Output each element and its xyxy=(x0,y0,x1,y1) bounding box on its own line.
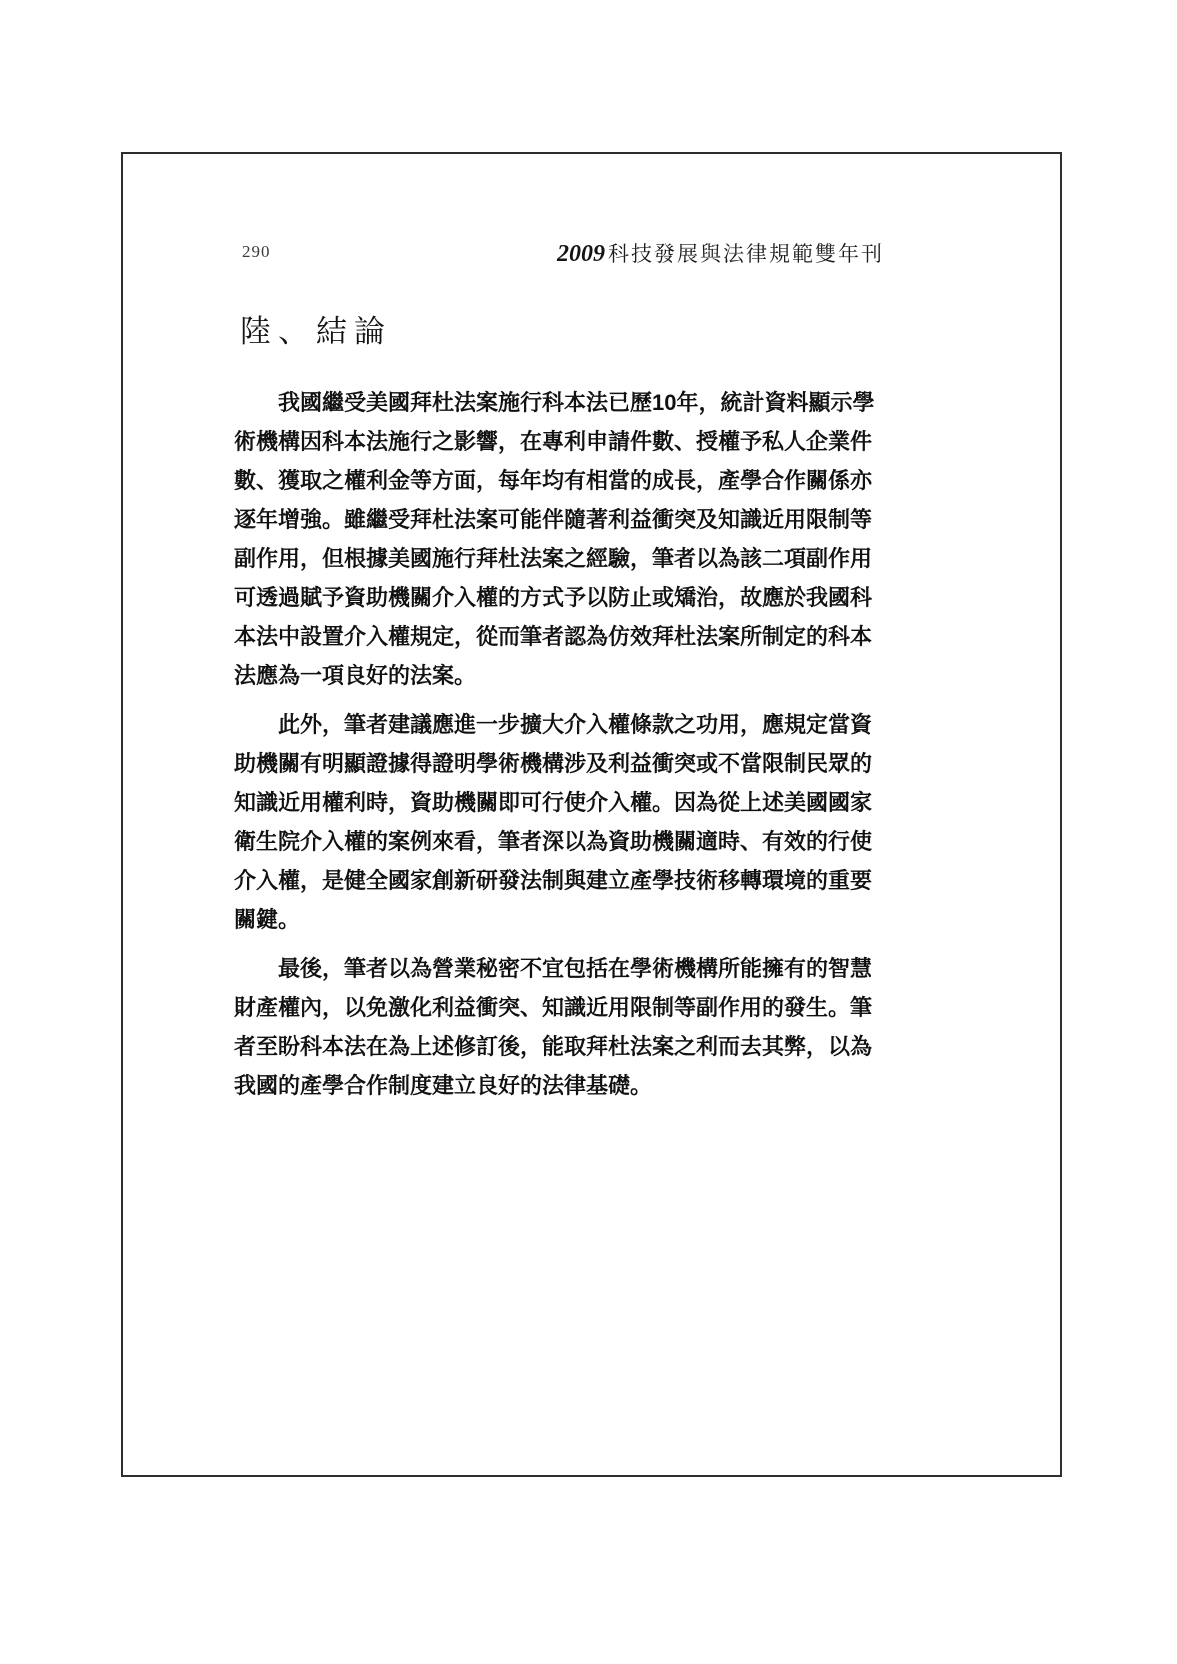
content-frame: 290 2009科技發展與法律規範雙年刊 陸、結論 我國繼受美國拜杜法案施行科本… xyxy=(121,152,1062,1477)
section-heading: 陸、結論 xyxy=(240,306,392,351)
journal-year: 2009 xyxy=(557,241,605,267)
conclusion-paragraph-3: 最後，筆者以為營業秘密不宜包括在學術機構所能擁有的智慧 財產權內，以免激化利益衝… xyxy=(234,949,894,1105)
conclusion-paragraph-2: 此外，筆者建議應進一步擴大介入權條款之功用，應規定當資 助機關有明顯證據得證明學… xyxy=(234,705,894,939)
journal-header: 2009科技發展與法律規範雙年刊 xyxy=(557,238,884,268)
document-page: 290 2009科技發展與法律規範雙年刊 陸、結論 我國繼受美國拜杜法案施行科本… xyxy=(0,0,1177,1664)
journal-title: 科技發展與法律規範雙年刊 xyxy=(608,242,884,266)
article-body: 我國繼受美國拜杜法案施行科本法已歷10年，統計資料顯示學 術機構因科本法施行之影… xyxy=(234,383,894,1115)
page-number: 290 xyxy=(242,242,271,262)
conclusion-paragraph-1: 我國繼受美國拜杜法案施行科本法已歷10年，統計資料顯示學 術機構因科本法施行之影… xyxy=(234,383,894,695)
